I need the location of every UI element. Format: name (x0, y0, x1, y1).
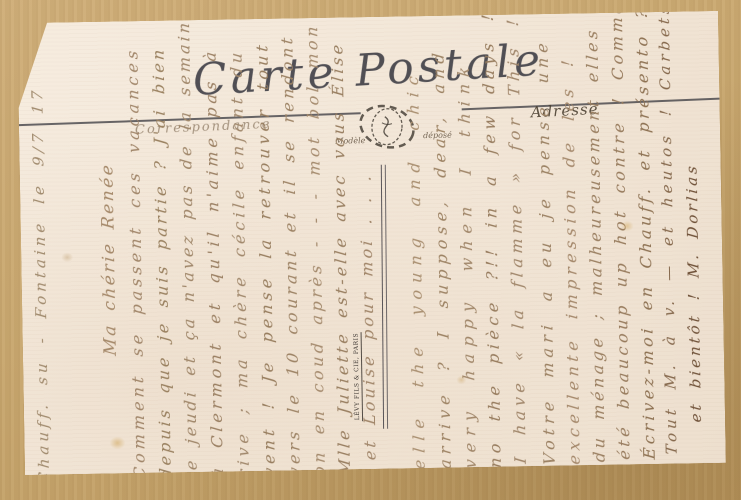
photo-background: Carte Postale Correspondance Adresse Mod… (0, 0, 741, 500)
handwriting-line: Mlle Juliette est-elle avec vous Élise (327, 41, 354, 476)
handwriting-line: à Clermont et qu'il n'aime pas à (201, 47, 228, 478)
handwriting-line: depuis que je suis partie ? J'ai bien (149, 46, 176, 480)
handwriting-line: no the pièce ?!! in a few days !! (478, 0, 505, 469)
handwriting-line: elle the young and chic (403, 68, 429, 470)
handwriting-line: rive ; ma chère cécile enfant du (227, 48, 254, 478)
handwriting-line: vent ! Je pense la retrouver tout (252, 40, 279, 477)
handwriting-line: Ma chérie Renée (98, 162, 121, 357)
handwriting-line: excellente impression de les ! (558, 55, 584, 465)
handwriting-line: vers le 10 courant et il se rendont (277, 33, 304, 477)
handwriting-line: et Louise pour moi . . . (356, 172, 380, 461)
postcard: Carte Postale Correspondance Adresse Mod… (17, 11, 726, 475)
handwriting-line: Comment se passent ces vacances (123, 46, 150, 480)
handwriting-line: Chauff. su - Fontaine le 9/7 17 (28, 86, 53, 484)
handwriting-line: arrive ? I suppose, dear, and (429, 47, 455, 469)
handwriting-line: I have « la flamme » for This !! (503, 4, 530, 465)
handwriting-line: du ménage ; malheureusement elles ont (581, 0, 609, 463)
handwriting-line: Écrivez-moi en Chauff. et présento ? (632, 5, 659, 460)
handwriting-line: very happy when I think (454, 59, 480, 469)
handwriting-line: et bientôt ! M. Dorlias (683, 162, 706, 423)
handwriting-layer: Chauff. su - Fontaine le 9/7 17Ma chérie… (17, 11, 726, 475)
handwriting-line: on en coud après - - - mot bol mon (302, 22, 329, 477)
handwriting-line: Votre mari a eu je pense une (532, 37, 558, 465)
handwriting-line: Tout M. à v. — et heutos ! Carbets (655, 1, 681, 455)
handwriting-line: été beaucoup up hot contre ! Comment (606, 0, 633, 460)
handwriting-line: le jeudi et ça n'avez pas de la semaine (174, 7, 201, 479)
